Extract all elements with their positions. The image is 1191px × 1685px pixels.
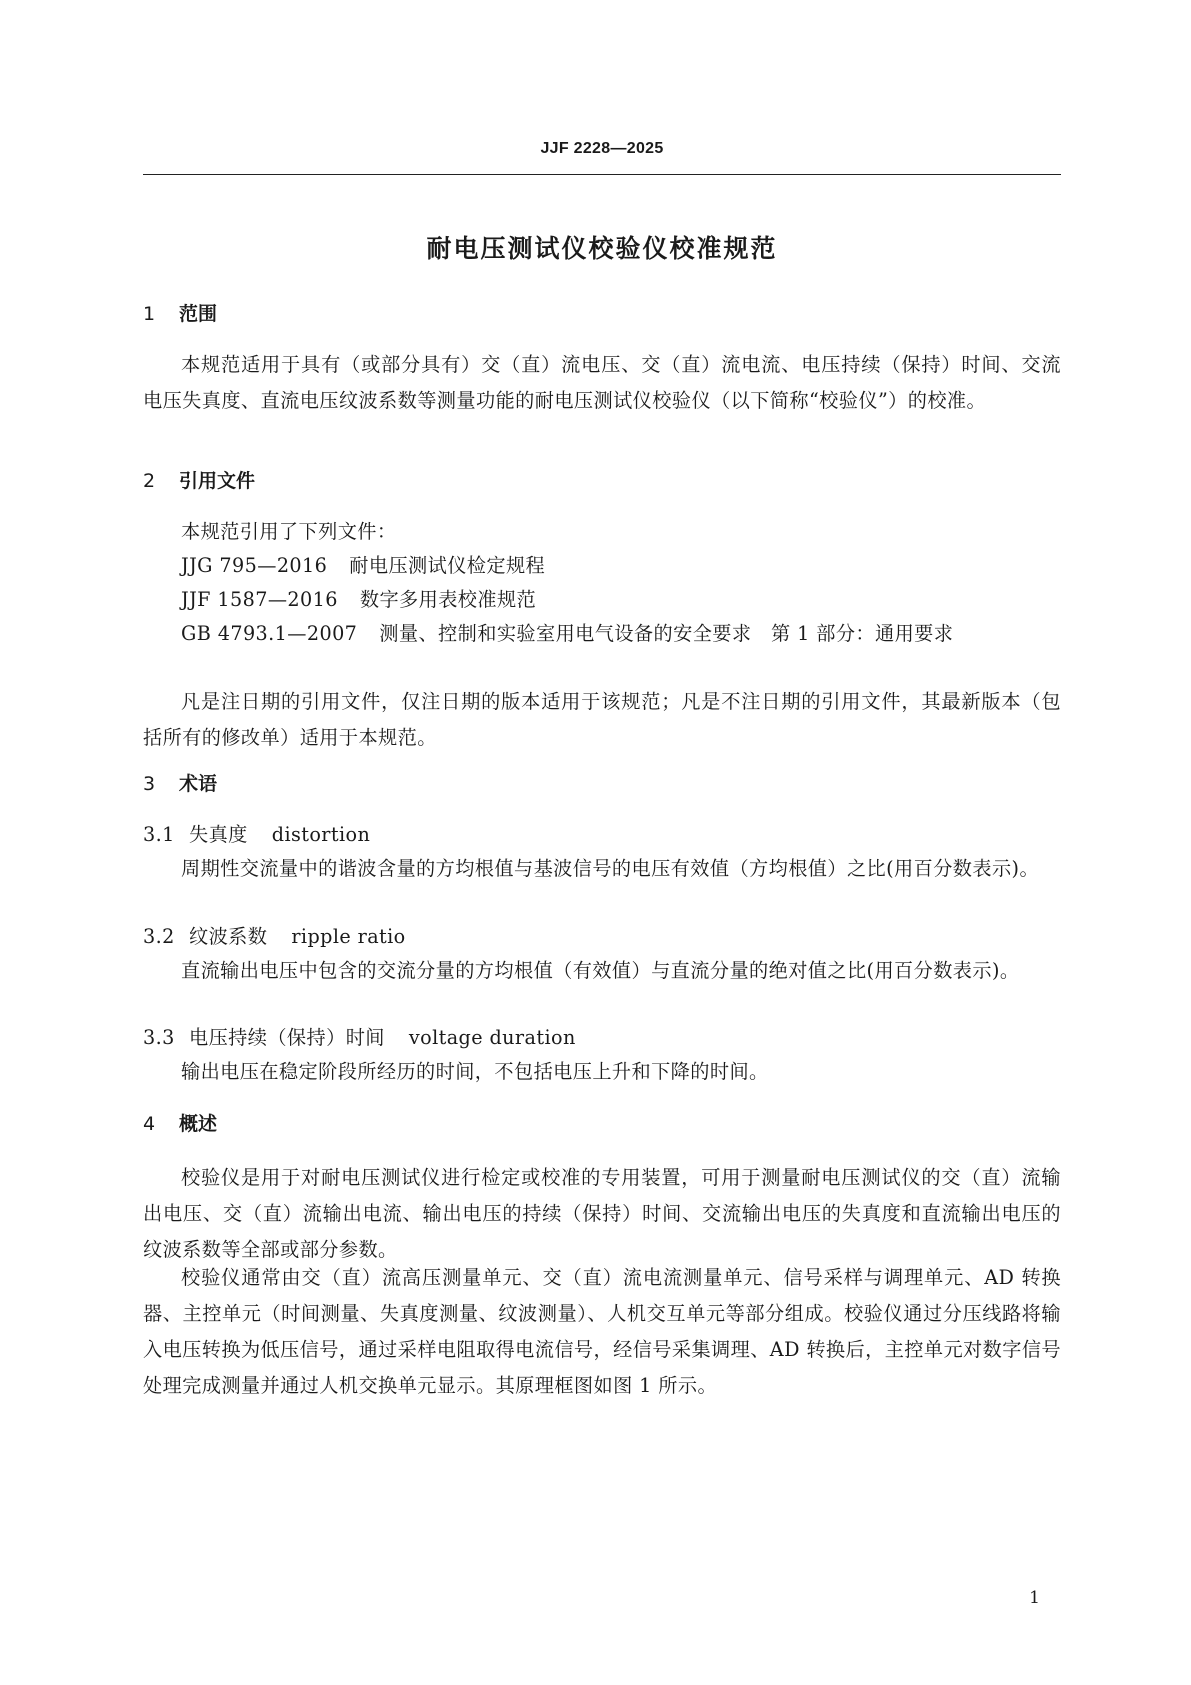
section-heading-4: 4概述 (143, 1106, 1061, 1142)
section-number: 1 (143, 296, 179, 332)
section-title: 概述 (179, 1113, 217, 1135)
term-definition: 输出电压在稳定阶段所经历的时间，不包括电压上升和下降的时间。 (143, 1054, 1061, 1090)
reference-name: 数字多用表校准规范 (360, 588, 536, 611)
header-rule (143, 174, 1061, 175)
section-number: 3 (143, 766, 179, 802)
references-intro: 本规范引用了下列文件： (143, 514, 1061, 550)
term-heading: 3.2纹波系数ripple ratio (143, 919, 1061, 955)
reference-code: JJF 1587—2016 (181, 582, 338, 618)
section-heading-3: 3术语 (143, 766, 1061, 802)
document-title: 耐电压测试仪校验仪校准规范 (143, 229, 1061, 265)
term-zh: 纹波系数 (189, 925, 267, 948)
overview-paragraph-2: 校验仪通常由交（直）流高压测量单元、交（直）流电流测量单元、信号采样与调理单元、… (143, 1260, 1061, 1404)
reference-name: 测量、控制和实验室用电气设备的安全要求 第 1 部分：通用要求 (379, 622, 953, 645)
term-definition: 周期性交流量中的谐波含量的方均根值与基波信号的电压有效值（方均根值）之比(用百分… (143, 851, 1061, 887)
reference-code: JJG 795—2016 (181, 548, 327, 584)
section-heading-1: 1范围 (143, 296, 1061, 332)
section-title: 引用文件 (179, 470, 255, 492)
term-definition: 直流输出电压中包含的交流分量的方均根值（有效值）与直流分量的绝对值之比(用百分数… (143, 953, 1061, 989)
term-zh: 电压持续（保持）时间 (189, 1026, 385, 1049)
term-heading: 3.1失真度distortion (143, 817, 1061, 853)
term-en: distortion (272, 823, 370, 846)
section-title: 术语 (179, 773, 217, 795)
section-heading-2: 2引用文件 (143, 463, 1061, 499)
section-1-paragraph: 本规范适用于具有（或部分具有）交（直）流电压、交（直）流电流、电压持续（保持）时… (143, 347, 1061, 419)
section-title: 范围 (179, 303, 217, 325)
reference-name: 耐电压测试仪检定规程 (349, 554, 545, 577)
reference-code: GB 4793.1—2007 (181, 622, 357, 645)
references-note: 凡是注日期的引用文件，仅注日期的版本适用于该规范；凡是不注日期的引用文件，其最新… (143, 684, 1061, 756)
reference-item: JJG 795—2016耐电压测试仪检定规程 (143, 548, 1099, 584)
reference-item: JJF 1587—2016数字多用表校准规范 (143, 582, 1099, 618)
term-zh: 失真度 (189, 823, 248, 846)
page-number: 1 (1000, 1588, 1040, 1608)
overview-paragraph-1: 校验仪是用于对耐电压测试仪进行检定或校准的专用装置，可用于测量耐电压测试仪的交（… (143, 1160, 1061, 1268)
section-number: 4 (143, 1106, 179, 1142)
term-number: 3.2 (143, 919, 189, 955)
section-number: 2 (143, 463, 179, 499)
term-number: 3.1 (143, 817, 189, 853)
term-heading: 3.3电压持续（保持）时间voltage duration (143, 1020, 1061, 1056)
term-number: 3.3 (143, 1020, 189, 1056)
term-en: ripple ratio (291, 925, 405, 948)
reference-item: GB 4793.1—2007测量、控制和实验室用电气设备的安全要求 第 1 部分… (143, 616, 1061, 652)
term-en: voltage duration (409, 1026, 576, 1049)
page-header-standard-code: JJF 2228—2025 (143, 140, 1061, 158)
